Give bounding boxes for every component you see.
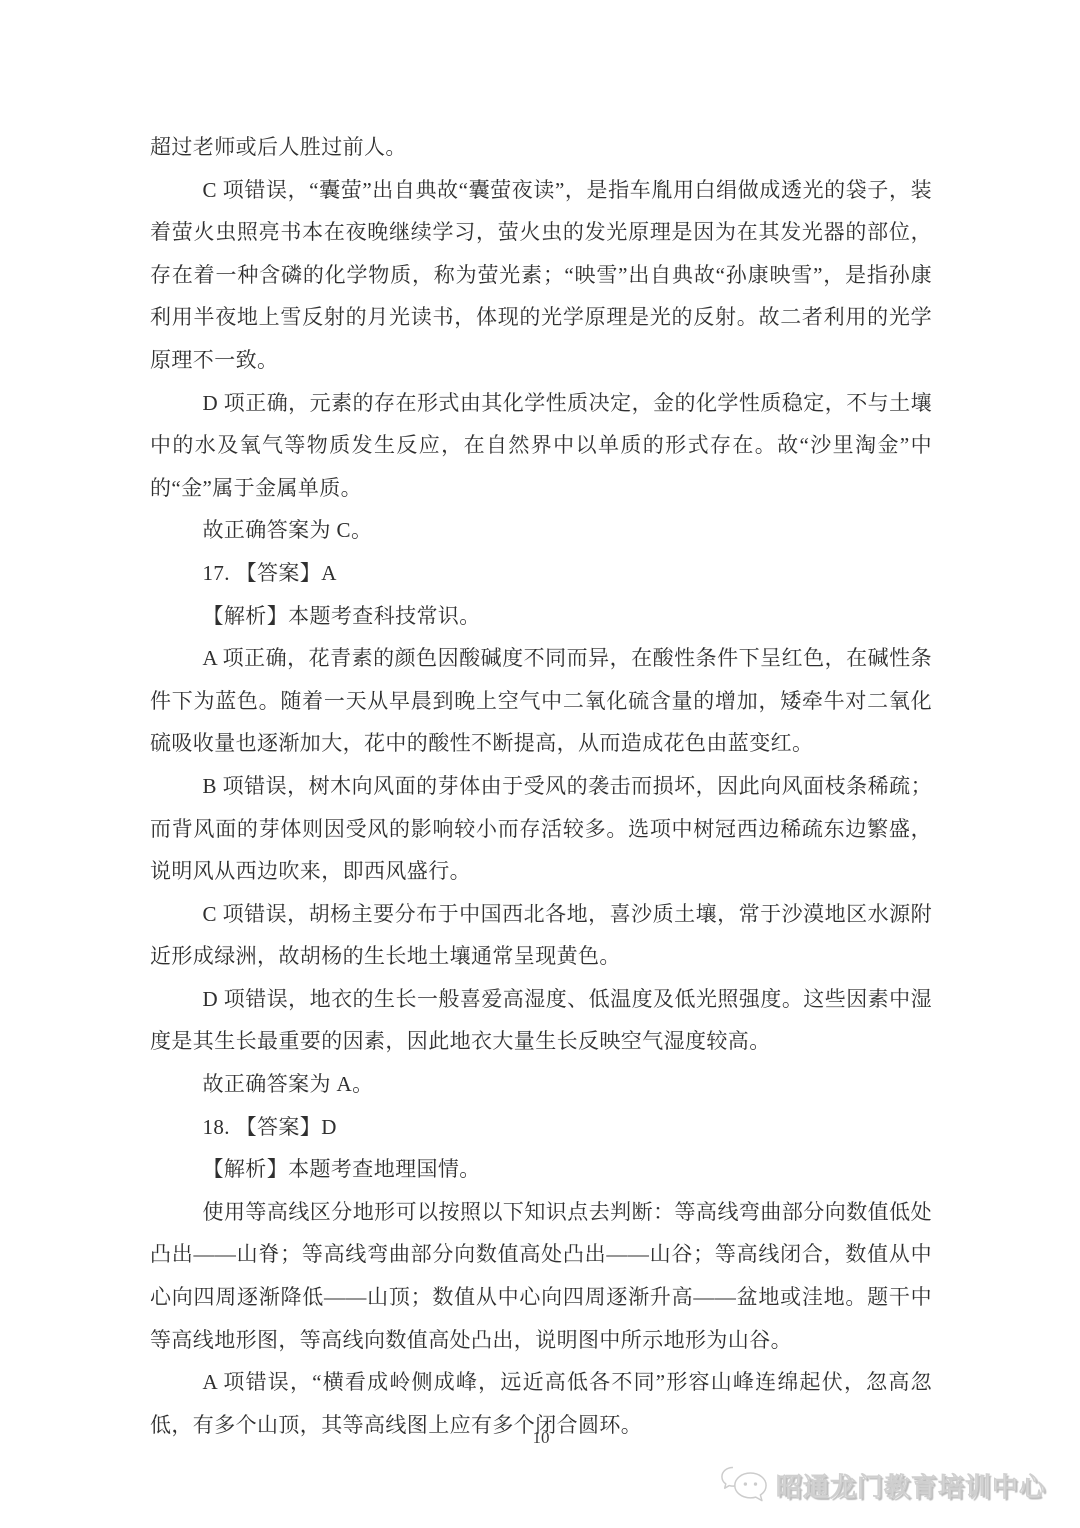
- paragraph: 超过老师或后人胜过前人。: [150, 126, 932, 169]
- paragraph: 使用等高线区分地形可以按照以下知识点去判断：等高线弯曲部分向数值低处凸出——山脊…: [150, 1191, 932, 1361]
- paragraph: B 项错误，树木向风面的芽体由于受风的袭击而损坏，因此向风面枝条稀疏；而背风面的…: [150, 765, 932, 893]
- paragraph: 【解析】本题考查科技常识。: [150, 595, 932, 638]
- paragraph: 【解析】本题考查地理国情。: [150, 1148, 932, 1191]
- watermark: 昭通龙门教育培训中心: [720, 1462, 1046, 1508]
- wechat-icon: [720, 1462, 768, 1508]
- watermark-text: 昭通龙门教育培训中心: [776, 1467, 1046, 1504]
- document-page: 超过老师或后人胜过前人。C 项错误，“囊萤”出自典故“囊萤夜读”，是指车胤用白绢…: [0, 0, 1080, 1528]
- paragraph: C 项错误，胡杨主要分布于中国西北各地，喜沙质土壤，常于沙漠地区水源附近形成绿洲…: [150, 893, 932, 978]
- paragraph: A 项正确，花青素的颜色因酸碱度不同而异，在酸性条件下呈红色，在碱性条件下为蓝色…: [150, 637, 932, 765]
- document-body: 超过老师或后人胜过前人。C 项错误，“囊萤”出自典故“囊萤夜读”，是指车胤用白绢…: [150, 126, 932, 1446]
- page-number: 10: [150, 1428, 932, 1448]
- paragraph: 故正确答案为 C。: [150, 509, 932, 552]
- paragraph: D 项正确，元素的存在形式由其化学性质决定，金的化学性质稳定，不与土壤中的水及氧…: [150, 382, 932, 510]
- paragraph: D 项错误，地衣的生长一般喜爱高湿度、低温度及低光照强度。这些因素中湿度是其生长…: [150, 978, 932, 1063]
- paragraph: 18. 【答案】D: [150, 1106, 932, 1149]
- paragraph: 17. 【答案】A: [150, 552, 932, 595]
- paragraph: C 项错误，“囊萤”出自典故“囊萤夜读”，是指车胤用白绢做成透光的袋子，装着萤火…: [150, 169, 932, 382]
- paragraph: 故正确答案为 A。: [150, 1063, 932, 1106]
